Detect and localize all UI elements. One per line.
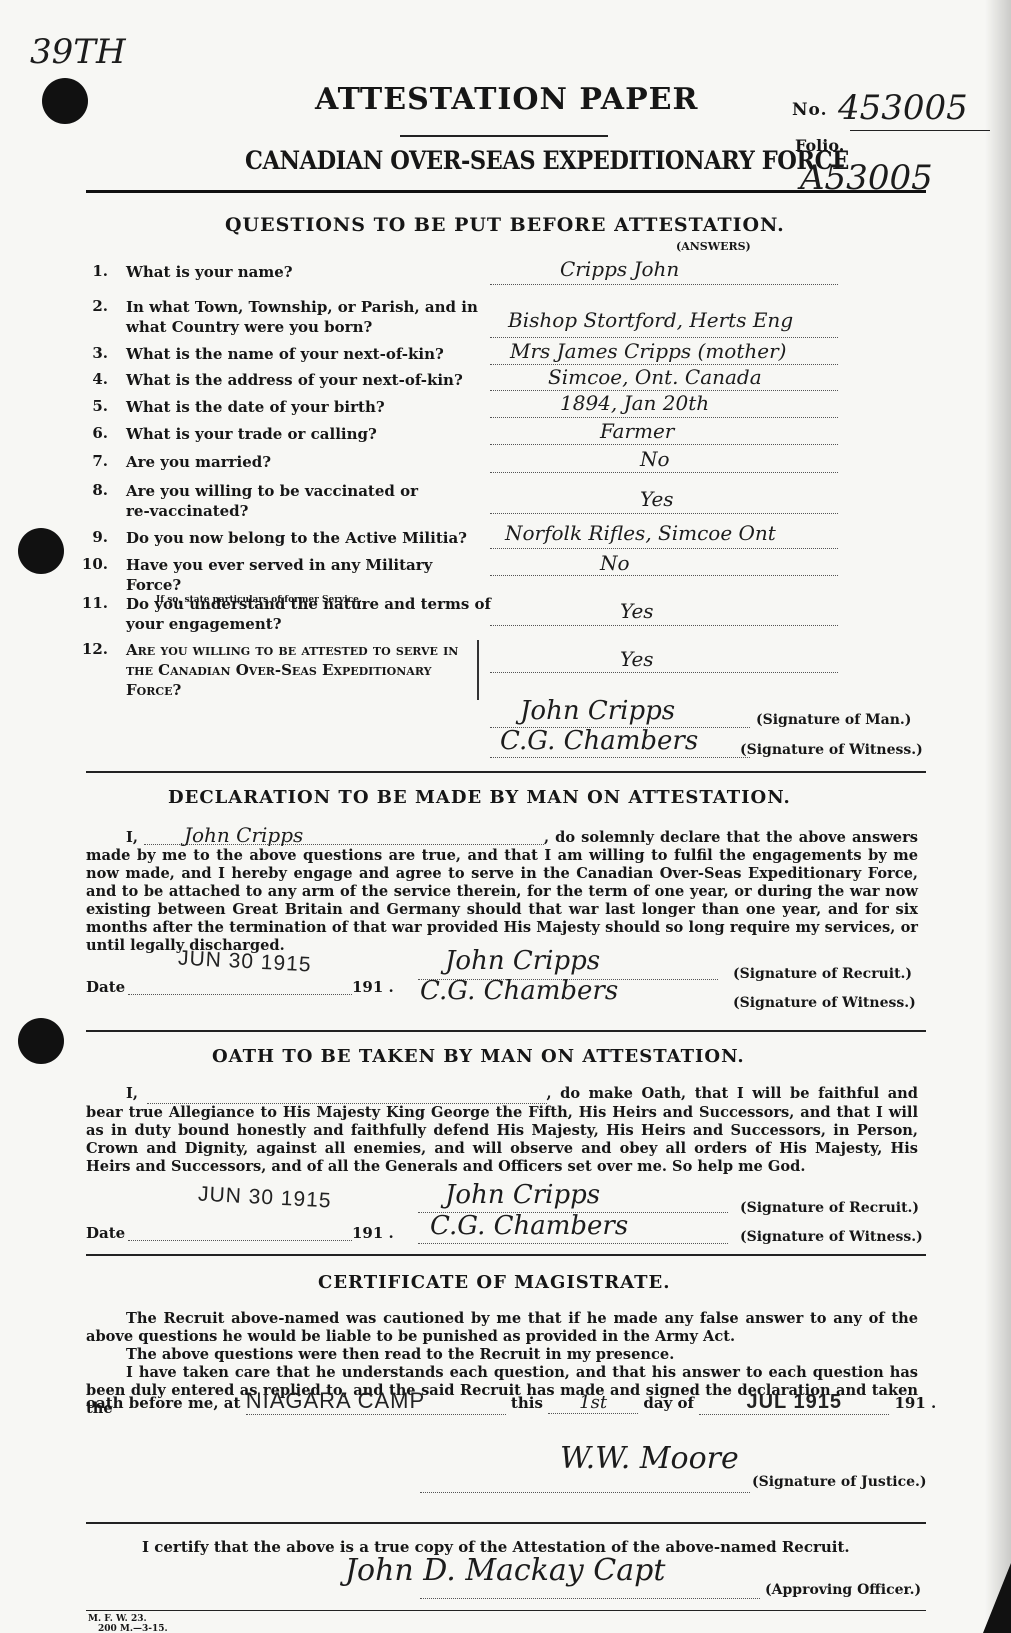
oath-signature-witness-label: (Signature of Witness.) (740, 1229, 923, 1245)
date-line (128, 1240, 352, 1241)
document-title: ATTESTATION PAPER (315, 82, 698, 117)
answer-7: No (640, 448, 670, 470)
answer-line (490, 284, 838, 285)
signature-justice: W.W. Moore (560, 1448, 739, 1470)
answer-11: Yes (620, 600, 654, 622)
question-7: Are you married? (126, 452, 491, 472)
number-label: No. (792, 100, 828, 120)
oath-name-blank (147, 1085, 547, 1104)
signature-officer: John D. Mackay Capt (345, 1560, 665, 1582)
question-3: What is the name of your next-of-kin? (126, 344, 491, 364)
question-number: 8. (74, 481, 108, 499)
signature-witness-label: (Signature of Witness.) (740, 742, 923, 758)
question-number: 1. (74, 262, 108, 280)
question-number: 9. (74, 528, 108, 546)
answer-line (490, 337, 838, 338)
form-code: M. F. W. 23. 200 M.—3-15. (88, 1614, 168, 1633)
questions-heading: QUESTIONS TO BE PUT BEFORE ATTESTATION. (225, 214, 785, 236)
answer-line (490, 672, 838, 673)
declaration-year-suffix: 191 . (352, 978, 394, 996)
question-number: 7. (74, 452, 108, 470)
title-divider (400, 135, 608, 137)
magistrate-heading: CERTIFICATE OF MAGISTRATE. (318, 1272, 671, 1293)
answers-heading: (ANSWERS) (676, 240, 751, 253)
answer-line (490, 472, 838, 473)
place-stamp: NIAGARA CAMP (246, 1388, 506, 1415)
question-9: Do you now belong to the Active Militia? (126, 528, 491, 548)
answer-2: Bishop Stortford, Herts Eng (508, 309, 793, 331)
answer-3: Mrs James Cripps (mother) (510, 340, 786, 362)
day-value: 1st (548, 1392, 638, 1414)
declaration-heading: DECLARATION TO BE MADE BY MAN ON ATTESTA… (168, 787, 791, 808)
answer-line (490, 548, 838, 549)
question-4: What is the address of your next-of-kin? (126, 370, 491, 390)
punch-hole-icon (18, 1018, 64, 1064)
question-number: 6. (74, 424, 108, 442)
answer-10: No (600, 552, 630, 574)
corner-note: 39TH (30, 32, 126, 72)
day-of-label: day of (643, 1394, 694, 1412)
question-number: 12. (74, 640, 108, 658)
declaration-signature-recruit-label: (Signature of Recruit.) (733, 966, 912, 982)
declaration-name-prefix: I, (126, 829, 138, 846)
section-divider (86, 1030, 926, 1032)
number-value: 453005 (838, 88, 968, 128)
question-1: What is your name? (126, 262, 491, 282)
question-number: 10. (74, 555, 108, 573)
year-suffix: 191 . (894, 1394, 936, 1412)
question-5: What is the date of your birth? (126, 397, 491, 417)
declaration-signature-recruit: John Cripps (445, 950, 600, 972)
question-number: 5. (74, 397, 108, 415)
oath-year-suffix: 191 . (352, 1224, 394, 1242)
question-12: Are you willing to be attested to serve … (126, 640, 479, 700)
page-corner (983, 1563, 1011, 1633)
oath-date-label: Date (86, 1224, 125, 1242)
signature-man-label: (Signature of Man.) (756, 712, 911, 728)
question-2: In what Town, Township, or Parish, and i… (126, 297, 491, 337)
folio-label: Folio. (795, 136, 844, 155)
signature-justice-label: (Signature of Justice.) (752, 1474, 927, 1490)
oath-signature-witness: C.G. Chambers (430, 1215, 628, 1237)
magistrate-para-1: The Recruit above-named was cautioned by… (86, 1310, 918, 1345)
answer-6: Farmer (600, 420, 674, 442)
date-line (128, 994, 352, 995)
this-label: this (511, 1394, 543, 1412)
attestation-paper: 39TH ATTESTATION PAPER CANADIAN OVER-SEA… (0, 0, 1011, 1633)
section-divider (86, 1254, 926, 1256)
answer-line (490, 575, 838, 576)
signature-line (490, 757, 750, 758)
answer-8: Yes (640, 488, 674, 510)
oath-signature-recruit-label: (Signature of Recruit.) (740, 1200, 919, 1216)
document-subtitle: CANADIAN OVER-SEAS EXPEDITIONARY FORCE (245, 146, 849, 175)
bottom-divider (86, 1610, 926, 1611)
signature-line (418, 1243, 728, 1244)
question-number: 3. (74, 344, 108, 362)
form-code-line-1: M. F. W. 23. (88, 1614, 168, 1624)
section-divider (86, 771, 926, 773)
form-code-line-2: 200 M.—3-15. (88, 1624, 168, 1633)
header-divider (86, 190, 926, 193)
declaration-text-1: , do solemnly declare that the above ans… (544, 829, 918, 846)
question-number: 2. (74, 297, 108, 315)
number-underline (850, 130, 990, 131)
declaration-text: I, John Cripps, do solemnly declare that… (86, 826, 918, 955)
question-11: Do you understand the nature and terms o… (126, 594, 491, 634)
question-10-text: Have you ever served in any Military For… (126, 556, 432, 594)
oath-text-1: , do make Oath, that I will be faithful … (547, 1085, 918, 1102)
oath-heading: OATH TO BE TAKEN BY MAN ON ATTESTATION. (212, 1046, 745, 1067)
answer-4: Simcoe, Ont. Canada (548, 366, 762, 388)
question-number: 4. (74, 370, 108, 388)
question-number: 11. (74, 594, 108, 612)
oath-signature-recruit: John Cripps (445, 1184, 600, 1206)
oath-date-stamp: JUN 30 1915 (197, 1183, 332, 1214)
signature-officer-label: (Approving Officer.) (765, 1582, 921, 1598)
question-6: What is your trade or calling? (126, 424, 491, 444)
page-edge-shadow (985, 0, 1011, 1633)
declaration-name: John Cripps (144, 826, 544, 845)
month-stamp: JUL 1915 (699, 1391, 889, 1415)
oath-name-prefix: I, (126, 1085, 138, 1102)
answer-line (490, 513, 838, 514)
oath-text: I, , do make Oath, that I will be faithf… (86, 1085, 918, 1176)
punch-hole-icon (42, 78, 88, 124)
answer-1: Cripps John (560, 258, 679, 280)
answer-12: Yes (620, 648, 654, 670)
section-divider (86, 1522, 926, 1524)
signature-witness: C.G. Chambers (500, 730, 698, 752)
answer-9: Norfolk Rifles, Simcoe Ont (505, 522, 776, 544)
declaration-signature-witness: C.G. Chambers (420, 980, 618, 1002)
declaration-signature-witness-label: (Signature of Witness.) (733, 995, 916, 1011)
oath-prefix: oath before me, at (86, 1394, 240, 1412)
signature-man: John Cripps (520, 700, 675, 722)
signature-line (420, 1598, 760, 1599)
answer-5: 1894, Jan 20th (560, 392, 709, 414)
magistrate-oath-line: oath before me, at NIAGARA CAMP this 1st… (86, 1388, 936, 1415)
answer-line (490, 417, 838, 418)
punch-hole-icon (18, 528, 64, 574)
declaration-text-2: made by me to the above questions are tr… (86, 847, 918, 954)
answer-line (490, 625, 838, 626)
answer-line (490, 444, 838, 445)
declaration-date-label: Date (86, 978, 125, 996)
magistrate-para-2: The above questions were then read to th… (126, 1346, 674, 1363)
signature-line (420, 1492, 750, 1493)
question-8: Are you willing to be vaccinated or re-v… (126, 481, 426, 521)
oath-text-2: bear true Allegiance to His Majesty King… (86, 1104, 918, 1175)
